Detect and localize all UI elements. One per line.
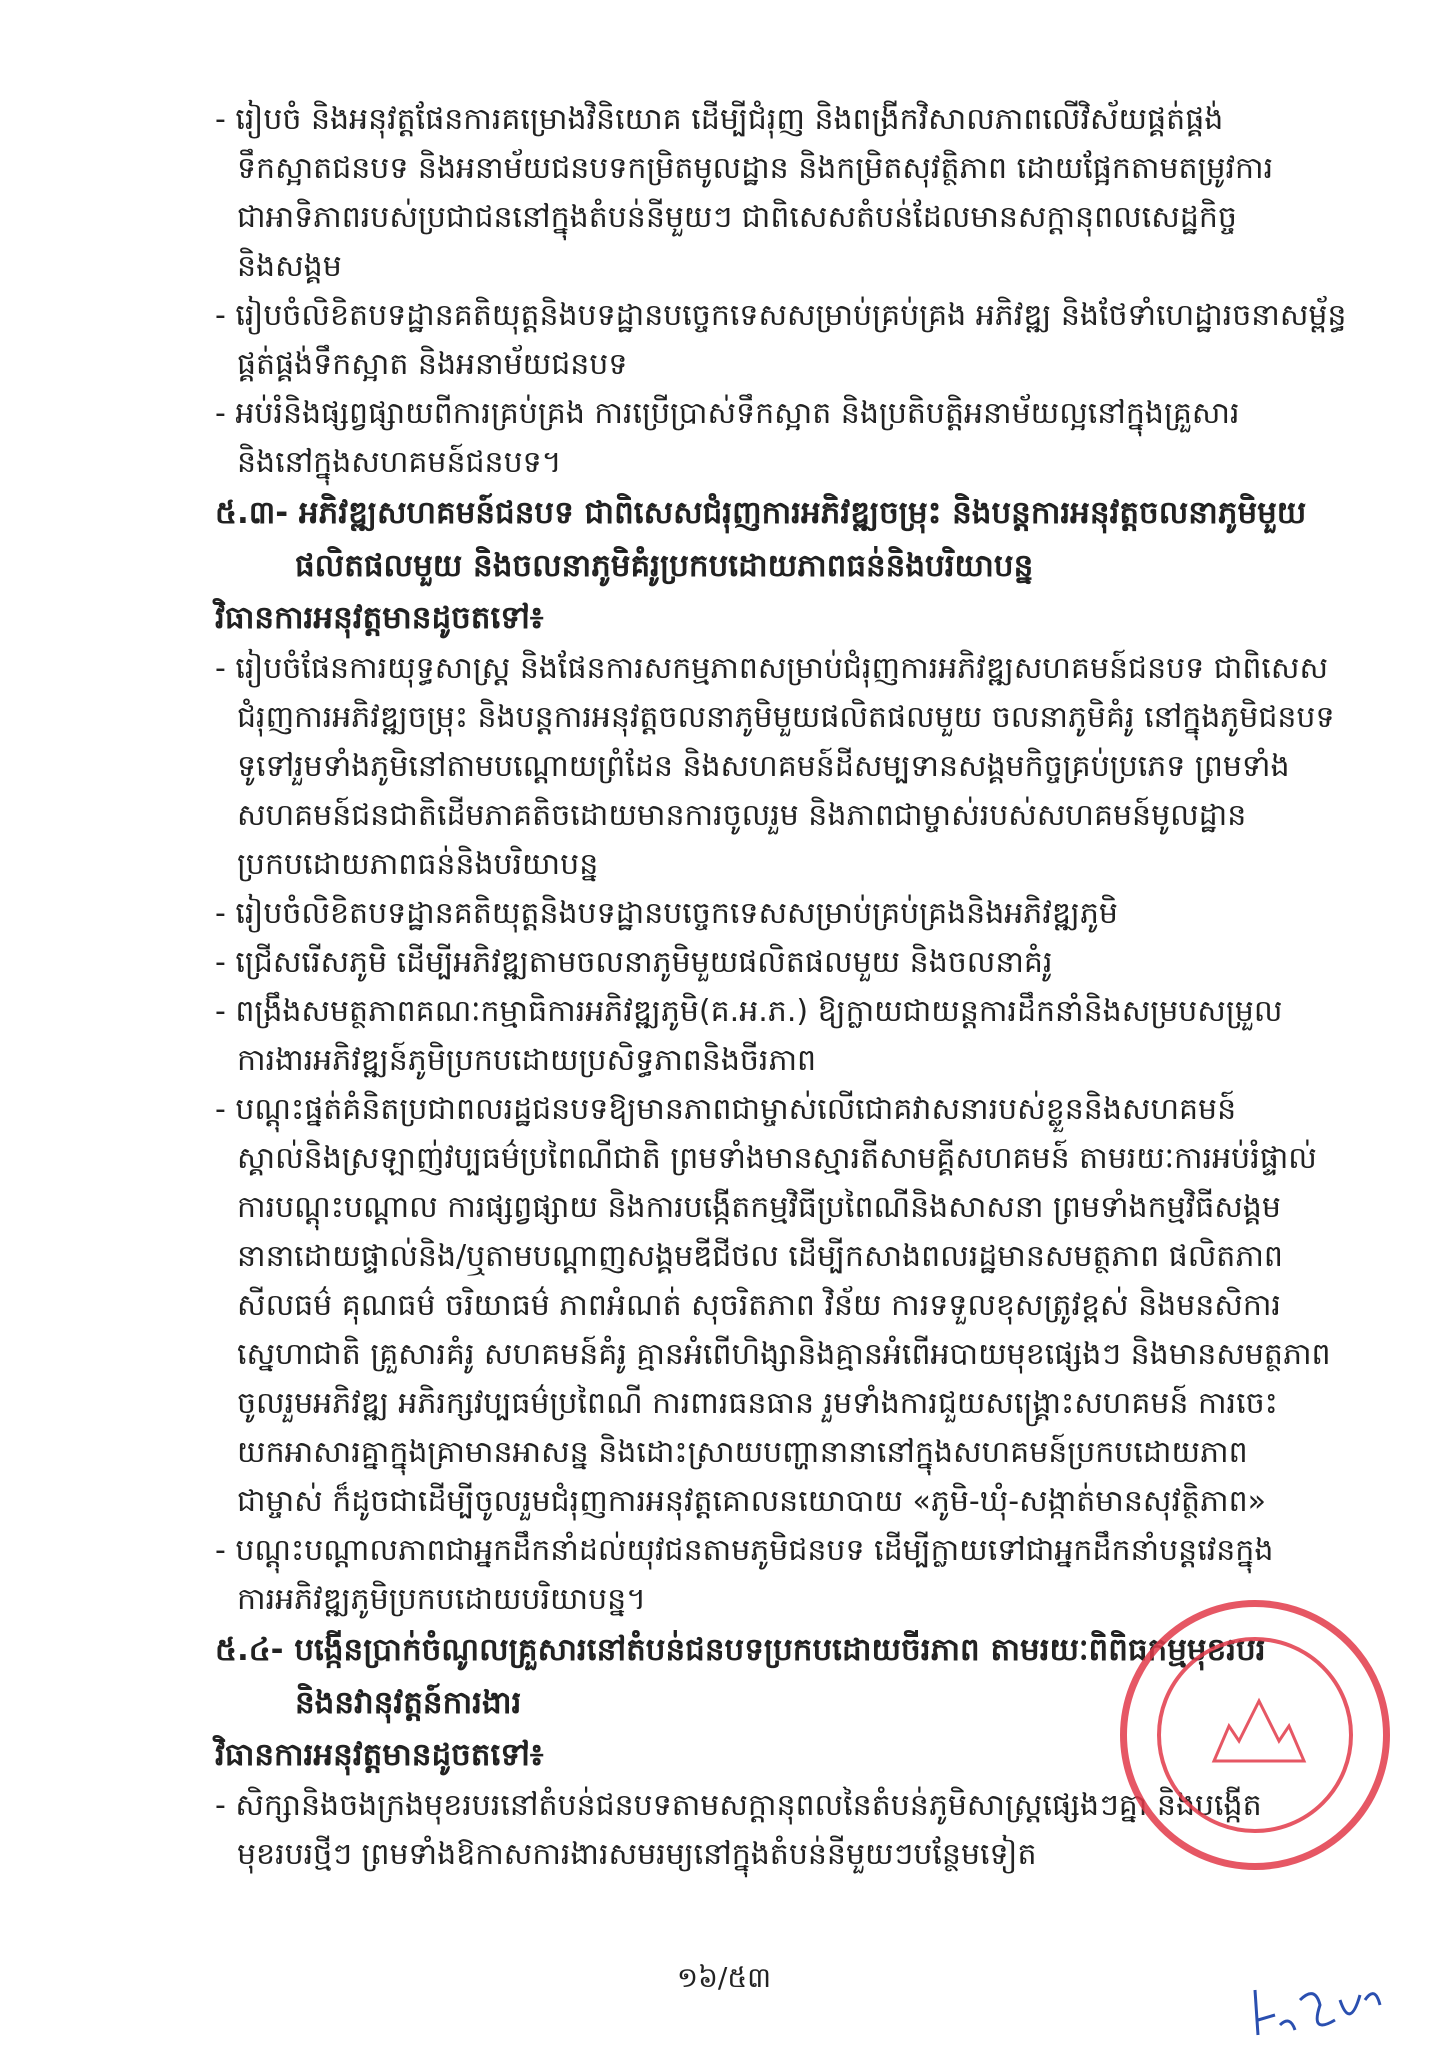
angkor-temple-icon [1209, 1696, 1309, 1766]
bullet-text-line: នានាដោយផ្ទាល់និង/ឬតាមបណ្តាញសង្គមឌីជីថល ដ… [215, 1232, 1380, 1281]
seal-inner-ring [1157, 1637, 1353, 1833]
bullet-text-line: សីលធម៌ គុណធម៌ ចរិយាធម៌ ភាពអំណត់ សុចរិតភា… [215, 1281, 1380, 1330]
bullet-text-line: ទូទៅរួមទាំងភូមិនៅតាមបណ្តោយព្រំដែន និងសហគ… [215, 742, 1380, 791]
bullet-text-line: ជំរុញការអភិវឌ្ឍចម្រុះ និងបន្តការអនុវត្តច… [215, 693, 1380, 742]
bullet-text-line: - បណ្តុះផ្នត់គំនិតប្រជាពលរដ្ឋជនបទឱ្យមានភ… [215, 1085, 1380, 1134]
bullet-text-line: - រៀបចំលិខិតបទដ្ឋានគតិយុត្តនិងបទដ្ឋានបច្… [215, 291, 1380, 340]
bullet-text-line: និងសង្គម [215, 242, 1380, 291]
bullet-text-line: ទឹកស្អាតជនបទ និងអនាម័យជនបទកម្រិតមូលដ្ឋាន… [215, 144, 1380, 193]
bullet-text-line: ចូលរួមអភិវឌ្ឍ អភិរក្សវប្បធម៌ប្រពៃណី ការព… [215, 1379, 1380, 1428]
bullet-text-line: - រៀបចំ និងអនុវត្តផែនការគម្រោងវិនិយោគ ដើ… [215, 95, 1380, 144]
bullet-text-line: - ពង្រឹងសមត្ថភាពគណៈកម្មាធិការអភិវឌ្ឍភូមិ… [215, 987, 1380, 1036]
bullet-text-line: ស្នេហាជាតិ គ្រួសារគំរូ សហគមន៍គំរូ គ្មានអ… [215, 1330, 1380, 1379]
bullet-text-line: - រៀបចំផែនការយុទ្ធសាស្ត្រ និងផែនការសកម្ម… [215, 644, 1380, 693]
bullet-text-line: យកអាសារគ្នាក្នុងគ្រាមានអាសន្ន និងដោះស្រា… [215, 1428, 1380, 1477]
bullet-text-line: ស្គាល់និងស្រឡាញ់វប្បធម៌ប្រពៃណីជាតិ ព្រមទ… [215, 1134, 1380, 1183]
bullet-text-line: ជាម្ចាស់ ក៏ដូចជាដើម្បីចូលរួមជំរុញការអនុវ… [215, 1477, 1380, 1526]
bullet-text-line: ការបណ្តុះបណ្តាល ការផ្សព្វផ្សាយ និងការបង្… [215, 1183, 1380, 1232]
bullet-text-line: និងនៅក្នុងសហគមន៍ជនបទ។ [215, 438, 1380, 487]
bullet-text-line: - រៀបចំលិខិតបទដ្ឋានគតិយុត្តនិងបទដ្ឋានបច្… [215, 889, 1380, 938]
bullet-text-line: ប្រកបដោយភាពធន់និងបរិយាបន្ន [215, 840, 1380, 889]
section-heading: ៥.៣- អភិវឌ្ឍសហគមន៍ជនបទ ជាពិសេសជំរុញការអភ… [215, 487, 1380, 540]
bullet-text-line: - អប់រំនិងផ្សព្វផ្សាយពីការគ្រប់គ្រង ការប… [215, 389, 1380, 438]
bullet-text-line: ជាអាទិភាពរបស់ប្រជាជននៅក្នុងតំបន់នីមួយៗ ជ… [215, 193, 1380, 242]
bullet-text-line: សហគមន៍ជនជាតិដើមភាគតិចដោយមានការចូលរួម និង… [215, 791, 1380, 840]
subheading: វិធានការអនុវត្តមានដូចតទៅ៖ [215, 593, 1380, 644]
official-seal-stamp [1120, 1600, 1390, 1870]
page-number: ១៦/៥៣ [0, 1960, 1448, 2001]
bullet-text-line: ផ្គត់ផ្គង់ទឹកស្អាត និងអនាម័យជនបទ [215, 340, 1380, 389]
bullet-text-line: - ជ្រើសរើសភូមិ ដើម្បីអភិវឌ្ឍតាមចលនាភូមិម… [215, 938, 1380, 987]
section-heading: ផលិតផលមួយ និងចលនាភូមិគំរូប្រកបដោយភាពធន់ន… [215, 540, 1380, 593]
bullet-text-line: ការងារអភិវឌ្ឍន៍ភូមិប្រកបដោយប្រសិទ្ធភាពនិ… [215, 1036, 1380, 1085]
bullet-text-line: - បណ្តុះបណ្តាលភាពជាអ្នកដឹកនាំដល់យុវជនតាម… [215, 1526, 1380, 1575]
